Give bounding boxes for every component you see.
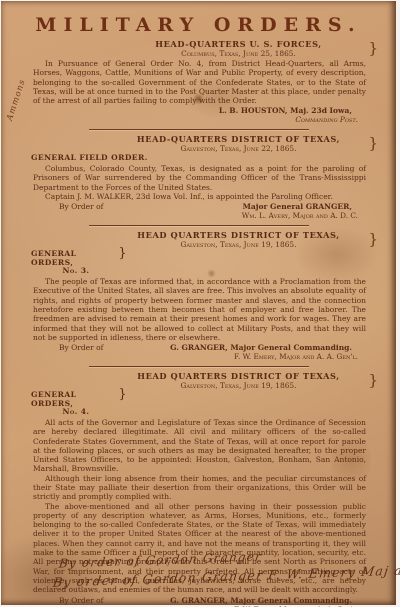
brace-glyph: } [368, 230, 378, 248]
dateline: Galveston, Texas, June 19, 1865. [111, 240, 366, 249]
signature-title: Wm. L. Avery, Major and A. D. C. [1, 211, 358, 220]
signature-title: F. W. Emery, Major and A. A. Gen'l. [1, 352, 358, 361]
by-order-of-label: By Order of [59, 596, 103, 605]
signature-title: Commanding Post. [1, 115, 358, 124]
brace-glyph: } [118, 250, 127, 259]
brace-glyph: } [368, 134, 378, 152]
dateline: Columbus, Texas, June 25, 1865. [111, 49, 366, 58]
dateline: Galveston, Texas, June 19, 1865. [111, 381, 366, 390]
order-number: No. 4. [31, 408, 121, 417]
headquarters-line: HEAD QUARTERS DISTRICT OF TEXAS, [111, 230, 366, 240]
order-label-line: GENERAL ORDERS, [31, 249, 76, 267]
order-number: No. 3. [31, 267, 121, 276]
section-general-field-order: HEAD-QUARTERS DISTRICT OF TEXAS, Galvest… [1, 134, 396, 220]
signature-name: G. GRANGER, Major General Commanding. [170, 343, 352, 352]
dateline: Galveston, Texas, June 22, 1865. [111, 144, 366, 153]
order-paragraph: Columbus, Colorado County, Texas, is des… [33, 164, 366, 192]
order-paragraph: The people of Texas are informed that, i… [33, 277, 366, 342]
section-us-forces-order: HEAD-QUARTERS U. S. FORCES, Columbus, Te… [1, 39, 396, 124]
brace-glyph: } [368, 371, 378, 389]
section-header: HEAD QUARTERS DISTRICT OF TEXAS, Galvest… [111, 371, 366, 390]
by-order-of-label: By Order of [59, 343, 103, 352]
order-body: Columbus, Colorado County, Texas, is des… [33, 164, 366, 201]
section-header: HEAD QUARTERS DISTRICT OF TEXAS, Galvest… [111, 230, 366, 249]
signature-row: By Order of Major General GRANGER, [59, 202, 352, 211]
order-paragraph: In Pursuance of General Order No. 4, fro… [33, 59, 366, 105]
section-general-orders-no-3: HEAD QUARTERS DISTRICT OF TEXAS, Galvest… [1, 230, 396, 361]
order-body: The people of Texas are informed that, i… [33, 277, 366, 342]
document-page: Ammons MILITARY ORDERS. HEAD-QUARTERS U.… [1, 1, 396, 605]
headquarters-line: HEAD-QUARTERS U. S. FORCES, [111, 39, 366, 49]
section-divider [89, 366, 309, 367]
signature-name: G. GRANGER, Major General Commanding. [170, 596, 352, 605]
headquarters-line: HEAD-QUARTERS DISTRICT OF TEXAS, [111, 134, 366, 144]
signature-row: L. B. HOUSTON, Maj. 23d Iowa, [59, 106, 352, 115]
brace-glyph: } [118, 391, 127, 400]
signature-row: By Order of G. GRANGER, Major General Co… [59, 596, 352, 605]
page-title: MILITARY ORDERS. [1, 14, 396, 36]
signature-name: L. B. HOUSTON, Maj. 23d Iowa, [219, 106, 352, 115]
section-divider [89, 129, 309, 130]
order-label: GENERAL ORDERS, No. 4. } [31, 391, 121, 417]
order-paragraph: Although their long absence from their h… [33, 474, 366, 502]
headquarters-line: HEAD QUARTERS DISTRICT OF TEXAS, [111, 371, 366, 381]
section-header: HEAD-QUARTERS U. S. FORCES, Columbus, Te… [111, 39, 366, 58]
order-paragraph: Captain J. M. WALKER, 23d Iowa Vol. Inf.… [33, 192, 366, 201]
order-paragraph: All acts of the Governor and Legislature… [33, 418, 366, 474]
order-label: GENERAL FIELD ORDER. [31, 154, 396, 163]
brace-glyph: } [368, 39, 378, 57]
section-header: HEAD-QUARTERS DISTRICT OF TEXAS, Galvest… [111, 134, 366, 153]
signature-row: By Order of G. GRANGER, Major General Co… [59, 343, 352, 352]
order-body: In Pursuance of General Order No. 4, fro… [33, 59, 366, 105]
order-label-line: GENERAL ORDERS, [31, 390, 76, 408]
section-divider [89, 225, 309, 226]
order-label: GENERAL ORDERS, No. 3. } [31, 250, 121, 276]
signature-name: Major General GRANGER, [243, 202, 352, 211]
by-order-of-label: By Order of [59, 202, 103, 211]
